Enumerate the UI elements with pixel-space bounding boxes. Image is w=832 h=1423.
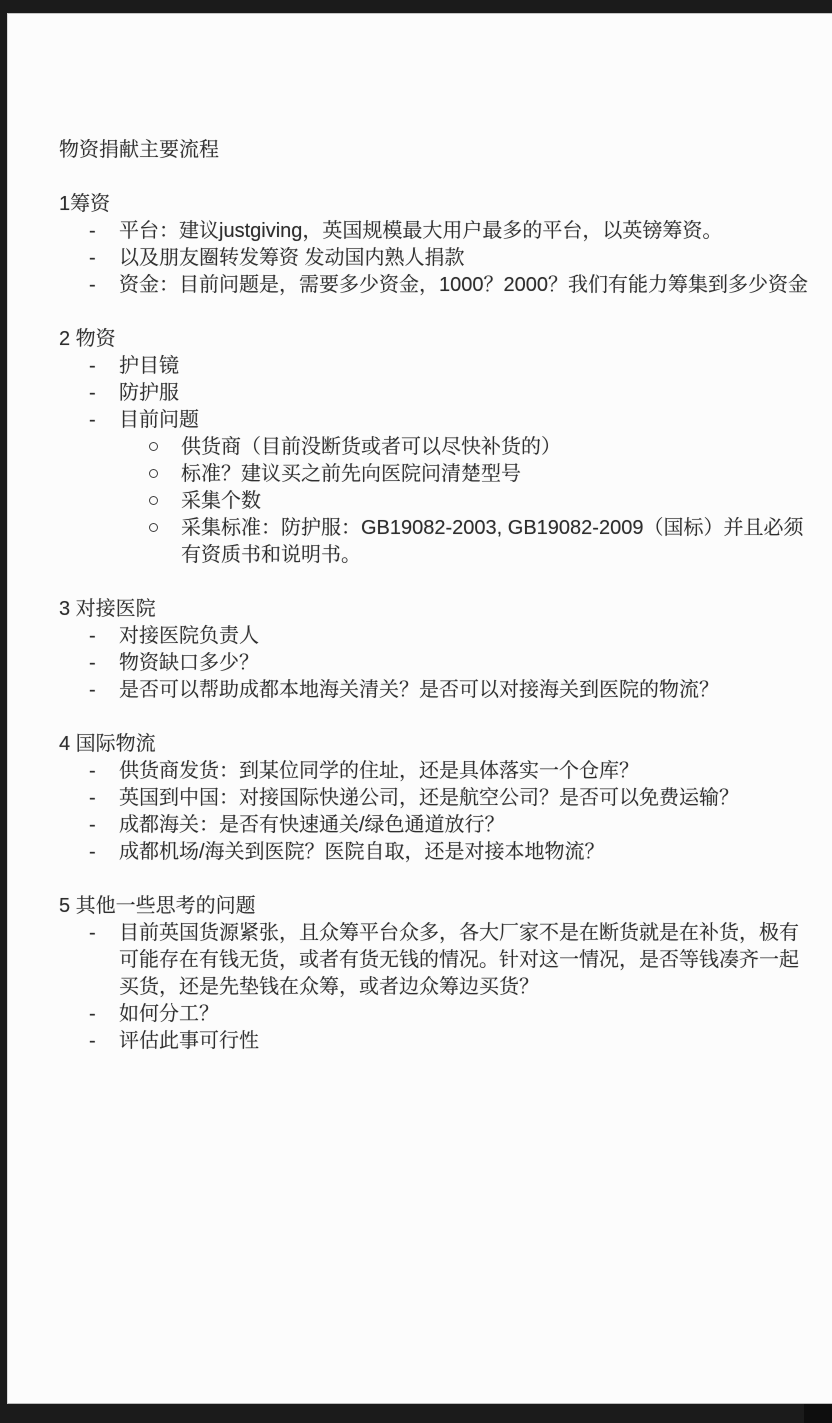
list-item: - 评估此事可行性	[59, 1028, 810, 1055]
document-section: 1筹资 - 平台：建议justgiving，英国规模最大用户最多的平台，以英镑筹…	[59, 191, 810, 299]
list-item-text: 成都海关：是否有快速通关/绿色通道放行？	[119, 812, 810, 839]
list-item-text: 是否可以帮助成都本地海关清关？是否可以对接海关到医院的物流？	[119, 677, 810, 704]
app-background: { "frame": { "background_color": "#1b1b1…	[0, 0, 832, 1423]
document-title: 物资捐献主要流程	[59, 137, 810, 164]
section-heading: 3 对接医院	[59, 596, 810, 623]
list-item: - 如何分工？	[59, 1001, 810, 1028]
dash-bullet-icon: -	[89, 839, 119, 866]
dash-bullet-icon: -	[89, 1001, 119, 1028]
list-item: - 平台：建议justgiving，英国规模最大用户最多的平台，以英镑筹资。	[59, 218, 810, 245]
section-items: - 平台：建议justgiving，英国规模最大用户最多的平台，以英镑筹资。 -…	[59, 218, 810, 299]
document-section: 4 国际物流 - 供货商发货：到某位同学的住址，还是具体落实一个仓库？ - 英国…	[59, 731, 810, 866]
circle-bullet-icon	[149, 488, 181, 505]
list-item-text: 防护服	[119, 380, 810, 407]
circle-bullet-icon	[149, 515, 181, 532]
list-item: - 是否可以帮助成都本地海关清关？是否可以对接海关到医院的物流？	[59, 677, 810, 704]
document-section: 2 物资 - 护目镜 - 防护服 - 目前问题 供货商（目前没断货或者可以尽快补…	[59, 326, 810, 569]
circle-bullet-icon	[149, 461, 181, 478]
dash-bullet-icon: -	[89, 407, 119, 434]
sub-list-item: 采集个数	[59, 488, 810, 515]
section-heading: 1筹资	[59, 191, 810, 218]
list-item: - 护目镜	[59, 353, 810, 380]
document-sections: 1筹资 - 平台：建议justgiving，英国规模最大用户最多的平台，以英镑筹…	[59, 191, 810, 1055]
list-item: - 供货商发货：到某位同学的住址，还是具体落实一个仓库？	[59, 758, 810, 785]
sub-list-item-text: 标准？建议买之前先向医院问清楚型号	[181, 461, 810, 488]
document-section: 3 对接医院 - 对接医院负责人 - 物资缺口多少？ - 是否可以帮助成都本地海…	[59, 596, 810, 704]
sub-list-item-text: 供货商（目前没断货或者可以尽快补货的）	[181, 434, 810, 461]
dash-bullet-icon: -	[89, 218, 119, 245]
sub-list-item: 采集标准：防护服：GB19082-2003, GB19082-2009（国标）并…	[59, 515, 810, 569]
list-item: - 成都机场/海关到医院？医院自取，还是对接本地物流？	[59, 839, 810, 866]
dash-bullet-icon: -	[89, 353, 119, 380]
list-item: - 成都海关：是否有快速通关/绿色通道放行？	[59, 812, 810, 839]
document-section: 5 其他一些思考的问题 - 目前英国货源紧张，且众筹平台众多，各大厂家不是在断货…	[59, 893, 810, 1055]
section-heading: 5 其他一些思考的问题	[59, 893, 810, 920]
document-page: 物资捐献主要流程 1筹资 - 平台：建议justgiving，英国规模最大用户最…	[7, 13, 832, 1404]
list-item-text: 对接医院负责人	[119, 623, 810, 650]
list-item-text: 以及朋友圈转发筹资 发动国内熟人捐款	[119, 245, 810, 272]
sub-list-item: 标准？建议买之前先向医院问清楚型号	[59, 461, 810, 488]
section-items: - 供货商发货：到某位同学的住址，还是具体落实一个仓库？ - 英国到中国：对接国…	[59, 758, 810, 866]
sub-list-item: 供货商（目前没断货或者可以尽快补货的）	[59, 434, 810, 461]
list-item-text: 供货商发货：到某位同学的住址，还是具体落实一个仓库？	[119, 758, 810, 785]
bottom-right-corner-shade	[804, 1404, 832, 1423]
section-items: - 目前英国货源紧张，且众筹平台众多，各大厂家不是在断货就是在补货，极有可能存在…	[59, 920, 810, 1055]
list-item: - 物资缺口多少？	[59, 650, 810, 677]
list-item-text: 护目镜	[119, 353, 810, 380]
dash-bullet-icon: -	[89, 677, 119, 704]
list-item-text: 目前问题	[119, 407, 810, 434]
dash-bullet-icon: -	[89, 758, 119, 785]
dash-bullet-icon: -	[89, 272, 119, 299]
dash-bullet-icon: -	[89, 812, 119, 839]
dash-bullet-icon: -	[89, 623, 119, 650]
section-heading: 4 国际物流	[59, 731, 810, 758]
list-item: - 防护服	[59, 380, 810, 407]
list-item-text: 平台：建议justgiving，英国规模最大用户最多的平台，以英镑筹资。	[119, 218, 810, 245]
list-item-text: 资金：目前问题是，需要多少资金，1000？2000？我们有能力筹集到多少资金	[119, 272, 810, 299]
sub-list-item-text: 采集个数	[181, 488, 810, 515]
circle-bullet-icon	[149, 434, 181, 451]
list-item-text: 英国到中国：对接国际快递公司，还是航空公司？是否可以免费运输？	[119, 785, 810, 812]
section-items: - 对接医院负责人 - 物资缺口多少？ - 是否可以帮助成都本地海关清关？是否可…	[59, 623, 810, 704]
list-item: - 英国到中国：对接国际快递公司，还是航空公司？是否可以免费运输？	[59, 785, 810, 812]
list-item: - 资金：目前问题是，需要多少资金，1000？2000？我们有能力筹集到多少资金	[59, 272, 810, 299]
dash-bullet-icon: -	[89, 650, 119, 677]
list-item: - 对接医院负责人	[59, 623, 810, 650]
section-heading: 2 物资	[59, 326, 810, 353]
dash-bullet-icon: -	[89, 380, 119, 407]
list-item-text: 成都机场/海关到医院？医院自取，还是对接本地物流？	[119, 839, 810, 866]
list-item-text: 如何分工？	[119, 1001, 810, 1028]
list-item: - 目前问题	[59, 407, 810, 434]
list-item: - 以及朋友圈转发筹资 发动国内熟人捐款	[59, 245, 810, 272]
list-item-text: 评估此事可行性	[119, 1028, 810, 1055]
list-item: - 目前英国货源紧张，且众筹平台众多，各大厂家不是在断货就是在补货，极有可能存在…	[59, 920, 810, 1001]
dash-bullet-icon: -	[89, 920, 119, 947]
list-item-text: 目前英国货源紧张，且众筹平台众多，各大厂家不是在断货就是在补货，极有可能存在有钱…	[119, 920, 810, 1001]
dash-bullet-icon: -	[89, 1028, 119, 1055]
sub-list-item-text: 采集标准：防护服：GB19082-2003, GB19082-2009（国标）并…	[181, 515, 810, 569]
dash-bullet-icon: -	[89, 785, 119, 812]
dash-bullet-icon: -	[89, 245, 119, 272]
section-items: - 护目镜 - 防护服 - 目前问题 供货商（目前没断货或者可以尽快补货的） 标…	[59, 353, 810, 569]
list-item-text: 物资缺口多少？	[119, 650, 810, 677]
